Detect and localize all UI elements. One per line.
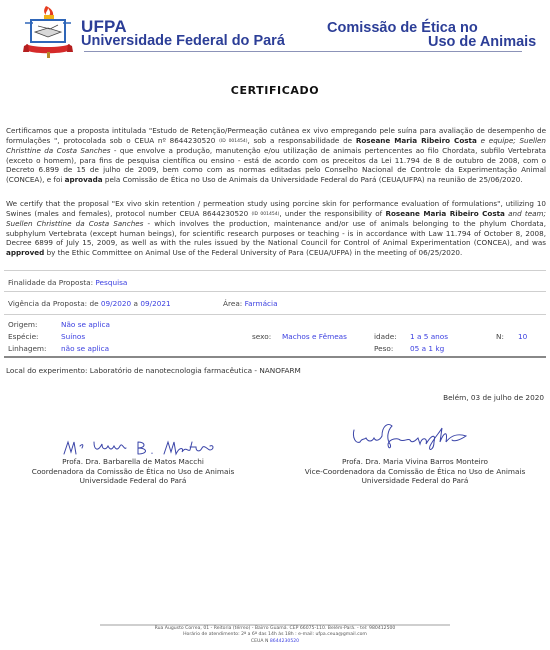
lineage-label: Linhagem: bbox=[8, 344, 47, 353]
validity-from: 09/2020 bbox=[101, 299, 131, 308]
footer-ceua-number: 8644230520 bbox=[270, 639, 299, 644]
purpose-value: Pesquisa bbox=[95, 278, 127, 287]
coordinator-signature-block: Profa. Dra. Barbarella de Matos Macchi C… bbox=[8, 457, 258, 486]
sex-label: sexo: bbox=[252, 332, 271, 341]
species-label: Espécie: bbox=[8, 332, 39, 341]
paragraph-text: pela Comissão de Ética no Uso de Animais… bbox=[103, 175, 523, 184]
validity-to: 09/2021 bbox=[140, 299, 170, 308]
origin-label: Origem: bbox=[8, 320, 37, 329]
validity-separator: a bbox=[134, 299, 138, 308]
approval-word: aprovada bbox=[65, 175, 103, 184]
responsible-researcher: Roseane Maria Ribeiro Costa bbox=[385, 209, 504, 218]
species-value: Suínos bbox=[61, 332, 85, 341]
issue-date: Belém, 03 de julho de 2020 bbox=[443, 393, 544, 402]
purpose-label: Finalidade da Proposta: bbox=[8, 278, 93, 287]
header-divider bbox=[84, 51, 522, 52]
weight-label: Peso: bbox=[374, 344, 393, 353]
protocol-id-tag: (ID 001454) bbox=[251, 212, 279, 217]
vice-coordinator-signature-block: Profa. Dra. Maria Vivina Barros Monteiro… bbox=[290, 457, 540, 486]
section-divider bbox=[4, 314, 546, 315]
purpose-field: Finalidade da Proposta: Pesquisa bbox=[8, 278, 127, 287]
coordinator-institution: Universidade Federal do Pará bbox=[8, 476, 258, 486]
n-label: N: bbox=[496, 332, 504, 341]
area-label: Área: bbox=[223, 299, 242, 308]
section-divider bbox=[4, 270, 546, 271]
approval-word: approved bbox=[6, 248, 44, 257]
area-value: Farmácia bbox=[245, 299, 278, 308]
vice-coordinator-institution: Universidade Federal do Pará bbox=[290, 476, 540, 486]
university-name: Universidade Federal do Pará bbox=[81, 33, 285, 49]
validity-label: Vigência da Proposta: de bbox=[8, 299, 99, 308]
origin-value: Não se aplica bbox=[61, 320, 110, 329]
signature-coordinator bbox=[60, 436, 220, 458]
footer: Rua Augusto Correa, 01 - Reitoria (térre… bbox=[100, 626, 450, 645]
footer-ceua-label: CEUA N bbox=[251, 639, 269, 644]
certification-paragraph-pt: Certificamos que a proposta intitulada "… bbox=[6, 126, 546, 184]
weight-value: 05 a 1 kg bbox=[410, 344, 444, 353]
paragraph-text: by the Ethic Committee on Animal Use of … bbox=[44, 248, 462, 257]
ufpa-crest-icon bbox=[20, 4, 76, 60]
age-value: 1 a 5 anos bbox=[410, 332, 448, 341]
age-label: idade: bbox=[374, 332, 397, 341]
paragraph-text: , under the responsibility of bbox=[279, 209, 385, 218]
vice-coordinator-role: Vice-Coordenadora da Comissão de Ética n… bbox=[290, 467, 540, 477]
document-title: CERTIFICADO bbox=[0, 84, 550, 97]
signature-vice-coordinator bbox=[348, 420, 488, 454]
certification-paragraph-en: We certify that the proposal "Ex vivo sk… bbox=[6, 199, 546, 257]
sex-value: Machos e Fêmeas bbox=[282, 332, 347, 341]
committee-name-line2: Uso de Animais bbox=[428, 34, 536, 50]
protocol-id-tag: (ID 001454) bbox=[219, 139, 247, 144]
coordinator-name: Profa. Dra. Barbarella de Matos Macchi bbox=[8, 457, 258, 467]
lineage-value: não se aplica bbox=[61, 344, 109, 353]
experiment-location: Local do experimento: Laboratório de nan… bbox=[6, 366, 301, 375]
paragraph-text: , sob a responsabilidade de bbox=[248, 136, 356, 145]
area-field: Área: Farmácia bbox=[223, 299, 278, 308]
vice-coordinator-name: Profa. Dra. Maria Vivina Barros Monteiro bbox=[290, 457, 540, 467]
coordinator-role: Coordenadora da Comissão de Ética no Uso… bbox=[8, 467, 258, 477]
footer-ceua: CEUA N 8644230520 bbox=[100, 639, 450, 645]
section-divider bbox=[4, 291, 546, 292]
responsible-researcher: Roseane Maria Ribeiro Costa bbox=[356, 136, 477, 145]
n-value: 10 bbox=[518, 332, 527, 341]
letterhead: UFPA Universidade Federal do Pará Comiss… bbox=[0, 0, 550, 65]
validity-field: Vigência da Proposta: de 09/2020 a 09/20… bbox=[8, 299, 171, 308]
section-divider bbox=[4, 356, 546, 358]
